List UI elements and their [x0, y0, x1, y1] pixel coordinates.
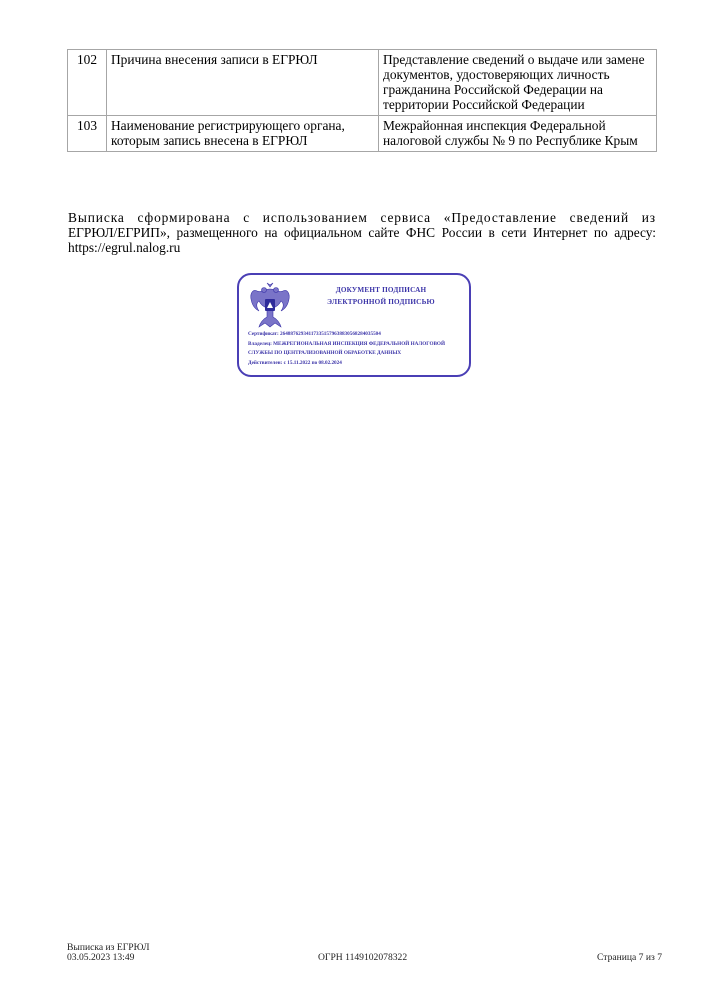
coat-of-arms-icon	[247, 281, 293, 331]
records-table: 102 Причина внесения записи в ЕГРЮЛ Пред…	[67, 49, 657, 152]
service-note-rest: ЕГРЮЛ/ЕГРИП», размещенного на официально…	[68, 225, 656, 255]
record-value: Межрайонная инспекция Федеральной налого…	[379, 116, 657, 152]
record-field: Наименование регистрирующего органа, кот…	[107, 116, 379, 152]
footer-datetime: 03.05.2023 13:49	[67, 953, 150, 963]
record-number: 103	[68, 116, 107, 152]
footer-doc-info: Выписка из ЕГРЮЛ 03.05.2023 13:49	[67, 943, 150, 963]
table-row: 102 Причина внесения записи в ЕГРЮЛ Пред…	[68, 50, 657, 116]
stamp-owner: Владелец: МЕЖРЕГИОНАЛЬНАЯ ИНСПЕКЦИЯ ФЕДЕ…	[248, 340, 463, 359]
stamp-title-line1: ДОКУМЕНТ ПОДПИСАН	[301, 286, 461, 294]
footer-page-number: Страница 7 из 7	[597, 953, 662, 963]
electronic-signature-stamp: ДОКУМЕНТ ПОДПИСАН ЭЛЕКТРОННОЙ ПОДПИСЬЮ С…	[237, 273, 471, 377]
stamp-validity: Действителен: с 15.11.2022 по 08.02.2024	[248, 359, 463, 369]
stamp-details: Сертификат: 2648876293411733515796388305…	[248, 330, 463, 368]
record-value: Представление сведений о выдаче или заме…	[379, 50, 657, 116]
service-note: Выписка сформирована с использованием се…	[68, 210, 656, 255]
table-row: 103 Наименование регистрирующего органа,…	[68, 116, 657, 152]
record-number: 102	[68, 50, 107, 116]
footer-ogrn: ОГРН 1149102078322	[318, 953, 407, 963]
stamp-title-line2: ЭЛЕКТРОННОЙ ПОДПИСЬЮ	[301, 298, 461, 306]
service-note-line1: Выписка сформирована с использованием се…	[68, 210, 656, 225]
record-field: Причина внесения записи в ЕГРЮЛ	[107, 50, 379, 116]
stamp-certificate: Сертификат: 2648876293411733515796388305…	[248, 330, 463, 340]
